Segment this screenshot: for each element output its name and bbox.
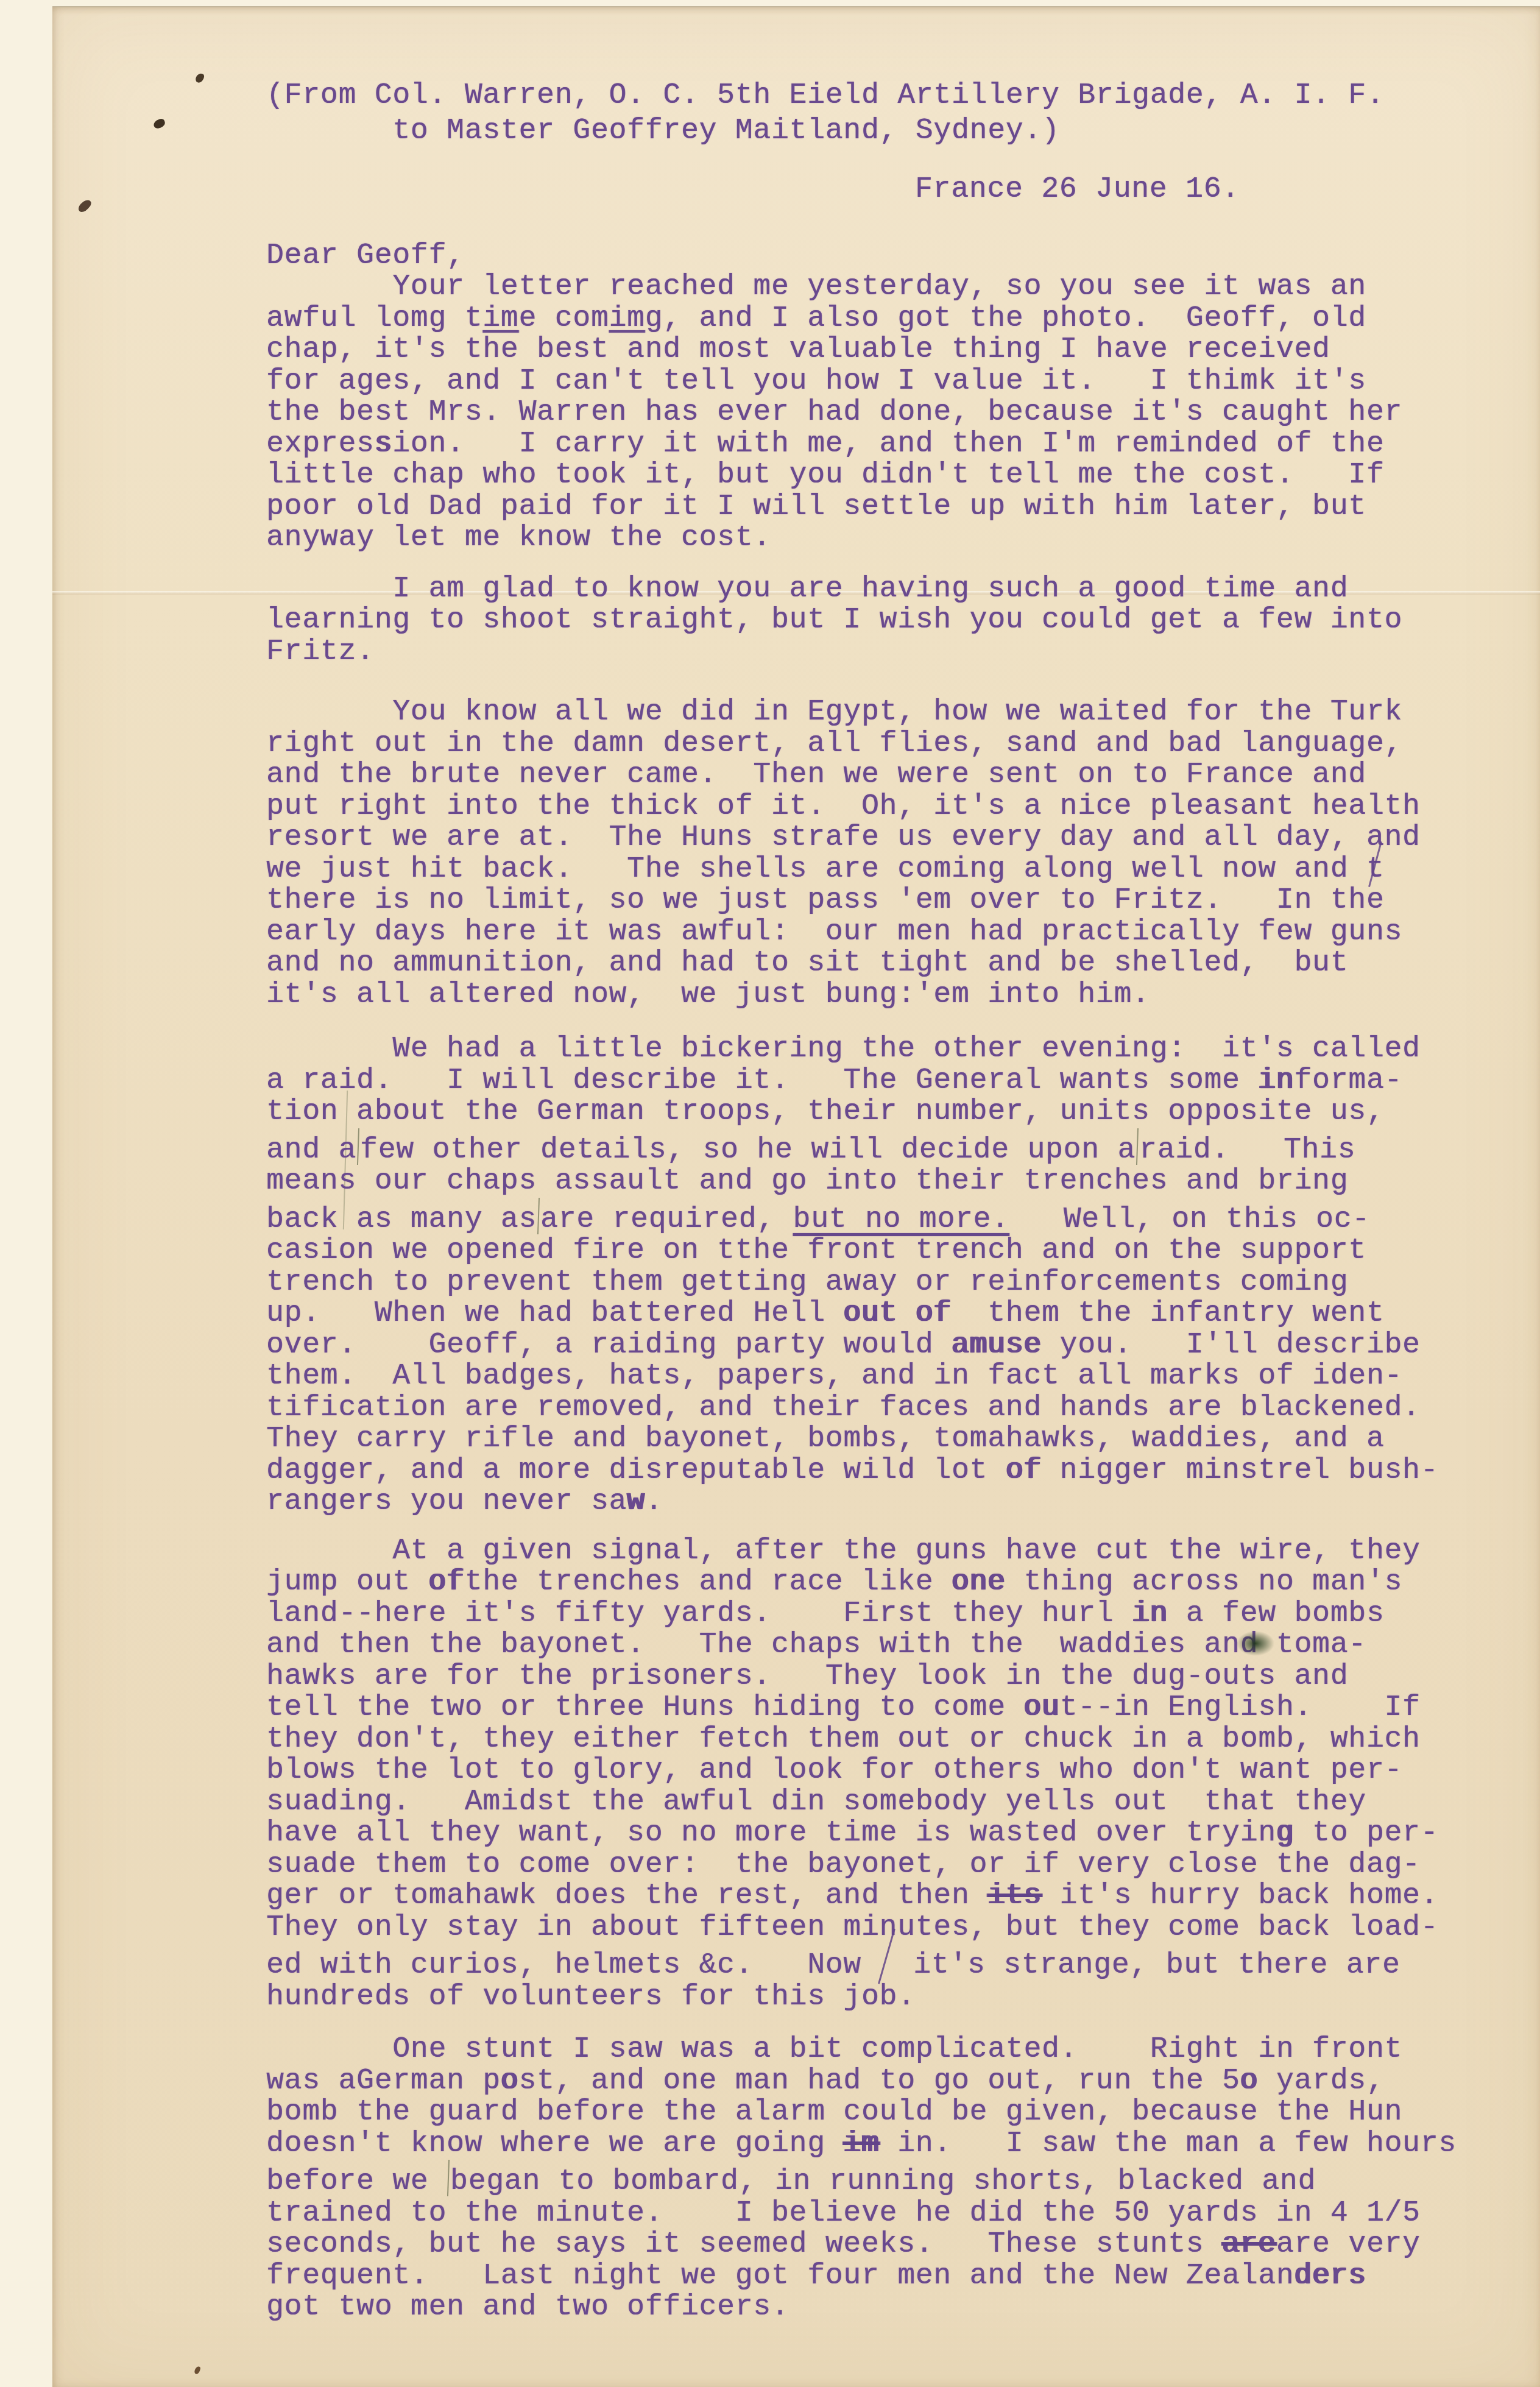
- letter-segment: over. Geoff, a raiding party would: [266, 1329, 952, 1362]
- letter-line: got two men and two officers.: [266, 2292, 1485, 2324]
- letter-segment-ot: one: [952, 1566, 1006, 1599]
- letter-segment: tell the two or three Huns hiding to com…: [266, 1691, 1023, 1724]
- letter-segment-st: im: [843, 2127, 879, 2160]
- letter-segment-ot: o: [501, 2065, 519, 2098]
- letter-segment: dagger, and a more disreputable wild lot: [266, 1454, 1006, 1487]
- letter-paragraph: Your letter reached me yesterday, so you…: [266, 272, 1485, 554]
- letter-segment: began to bombard, in running shorts, bla…: [450, 2165, 1316, 2198]
- letter-line: I am glad to know you are having such a …: [266, 574, 1485, 606]
- letter-segment: ion. I carry it with me, and then I'm re…: [392, 428, 1384, 461]
- letter-segment: suading. Amidst the awful din somebody y…: [266, 1786, 1366, 1819]
- letter-segment: g, and I also got the photo. Geoff, old: [645, 302, 1366, 335]
- letter-header-line-1: (From Col. Warren, O. C. 5th Eield Artil…: [266, 80, 1485, 112]
- letter-line: dagger, and a more disreputable wild lot…: [266, 1455, 1485, 1487]
- letter-segment-slash: [880, 1943, 895, 1973]
- letter-dateline: France 26 June 16.: [266, 174, 1485, 206]
- letter-segment: they don't, they either fetch them out o…: [266, 1723, 1421, 1756]
- letter-segment: have all they want, so no more time is w…: [266, 1817, 1276, 1850]
- letter-line: up. When we had battered Hell out of the…: [266, 1298, 1485, 1330]
- letter-line: back as many asare required, but no more…: [266, 1198, 1485, 1236]
- letter-segment: before we: [266, 2165, 447, 2198]
- letter-segment-ot: w: [627, 1485, 645, 1518]
- letter-segment-ot: g: [1276, 1817, 1295, 1850]
- letter-segment: for ages, and I can't tell you how I val…: [266, 365, 1366, 398]
- letter-segment: them the infantry went: [952, 1297, 1385, 1330]
- letter-segment: up. When we had battered Hell: [266, 1297, 843, 1330]
- letter-segment: it's hurry back home.: [1042, 1880, 1438, 1912]
- letter-line: suading. Amidst the awful din somebody y…: [266, 1787, 1485, 1819]
- letter-line: hundreds of volunteers for this job.: [266, 1982, 1485, 2014]
- letter-segment: few other details, so he will decide upo…: [360, 1134, 1136, 1167]
- letter-segment-ts: t: [1366, 854, 1385, 886]
- letter-segment: suade them to come over: the bayonet, or…: [266, 1848, 1421, 1881]
- letter-line: learning to shoot straight, but I wish y…: [266, 605, 1485, 637]
- letter-segment: chap, it's the best and most valuable th…: [266, 333, 1330, 366]
- letter-line: put right into the thick of it. Oh, it's…: [266, 791, 1485, 823]
- letter-segment: tion about the German troops, their numb…: [266, 1095, 1385, 1128]
- letter-body: Your letter reached me yesterday, so you…: [266, 272, 1485, 2324]
- letter-segment: e com: [518, 302, 609, 335]
- letter-segment: toma-: [1258, 1628, 1366, 1661]
- letter-line: little chap who took it, but you didn't …: [266, 460, 1485, 492]
- letter-line: land--here it's fifty yards. First they …: [266, 1599, 1485, 1630]
- letter-segment: and no ammunition, and had to sit tight …: [266, 947, 1348, 980]
- letter-line: and afew other details, so he will decid…: [266, 1128, 1485, 1167]
- letter-line: ed with curios, helmets &c. Now it's str…: [266, 1943, 1485, 1982]
- letter-segment-uo: im: [609, 302, 645, 335]
- letter-paragraph: I am glad to know you are having such a …: [266, 574, 1485, 668]
- letter-segment: right out in the damn desert, all flies,…: [266, 727, 1402, 760]
- letter-line: They only stay in about fifteen minutes,…: [266, 1912, 1485, 1944]
- letter-line: casion we opened fire on tthe front tren…: [266, 1236, 1485, 1267]
- letter-segment: hundreds of volunteers for this job.: [266, 1981, 916, 2014]
- letter-header-line-2: to Master Geoffrey Maitland, Sydney.): [266, 116, 1485, 147]
- letter-segment-caret: [1136, 1128, 1139, 1164]
- letter-segment: land--here it's fifty yards. First they …: [266, 1597, 1132, 1630]
- letter-line: means our chaps assault and go into thei…: [266, 1166, 1485, 1198]
- letter-segment: in. I saw the man a few hours: [880, 2127, 1457, 2160]
- letter-line: They carry rifle and bayonet, bombs, tom…: [266, 1424, 1485, 1455]
- letter-segment: and then the bayonet. The chaps with the…: [266, 1628, 1240, 1661]
- letter-segment: trench to prevent them getting away or r…: [266, 1266, 1348, 1299]
- letter-segment: ed with curios, helmets &c. Now: [266, 1949, 880, 1982]
- letter-segment-ot: out of: [843, 1297, 952, 1330]
- letter-line: they don't, they either fetch them out o…: [266, 1724, 1485, 1756]
- letter-line: seconds, but he says it seemed weeks. Th…: [266, 2229, 1485, 2261]
- letter-line: there is no limit, so we just pass 'em o…: [266, 885, 1485, 917]
- letter-segment-ot: in: [1132, 1597, 1168, 1630]
- letter-segment: and the brute never came. Then we were s…: [266, 759, 1366, 791]
- letter-text-block: (From Col. Warren, O. C. 5th Eield Artil…: [266, 80, 1485, 2324]
- letter-salutation: Dear Geoff,: [266, 241, 1485, 272]
- letter-line: expression. I carry it with me, and then…: [266, 429, 1485, 461]
- letter-line: for ages, and I can't tell you how I val…: [266, 366, 1485, 398]
- letter-segment: bomb the guard before the alarm could be…: [266, 2096, 1402, 2129]
- letter-line: resort we are at. The Huns strafe us eve…: [266, 822, 1485, 854]
- letter-segment-ot: of: [1006, 1454, 1042, 1487]
- letter-segment: They carry rifle and bayonet, bombs, tom…: [266, 1423, 1385, 1455]
- letter-segment: are very: [1276, 2228, 1421, 2261]
- letter-segment-ot: ders: [1294, 2260, 1366, 2293]
- letter-segment-ot: ou: [1023, 1691, 1059, 1724]
- letter-line: tification are removed, and their faces …: [266, 1393, 1485, 1424]
- letter-segment: them. All badges, hats, papers, and in f…: [266, 1360, 1402, 1393]
- letter-segment: the trenches and race like: [465, 1566, 952, 1599]
- letter-line: before we began to bombard, in running s…: [266, 2160, 1485, 2198]
- letter-segment-caret: [357, 1128, 359, 1164]
- letter-line: suade them to come over: the bayonet, or…: [266, 1850, 1485, 1881]
- letter-segment: and a: [266, 1134, 356, 1167]
- letter-line: tion about the German troops, their numb…: [266, 1097, 1485, 1128]
- letter-segment: forma-: [1294, 1064, 1402, 1097]
- letter-line: blows the lot to glory, and look for oth…: [266, 1755, 1485, 1787]
- letter-segment-ot: s: [375, 428, 393, 461]
- letter-segment: Fritz.: [266, 635, 375, 668]
- letter-segment: casion we opened fire on tthe front tren…: [266, 1234, 1366, 1267]
- letter-line: hawks are for the prisoners. They look i…: [266, 1661, 1485, 1693]
- letter-segment: seconds, but he says it seemed weeks. Th…: [266, 2228, 1222, 2261]
- letter-line: we just hit back. The shells are coming …: [266, 854, 1485, 886]
- letter-paragraph: You know all we did in Egypt, how we wai…: [266, 697, 1485, 1011]
- letter-line: over. Geoff, a raiding party would amuse…: [266, 1330, 1485, 1362]
- letter-line: frequent. Last night we got four men and…: [266, 2261, 1485, 2293]
- letter-segment-ot: o: [1240, 2065, 1259, 2098]
- letter-line: rangers you never saw.: [266, 1487, 1485, 1518]
- letter-paragraph: One stunt I saw was a bit complicated. R…: [266, 2034, 1485, 2324]
- letter-segment-blot: d: [1240, 1628, 1259, 1661]
- letter-segment: back as many as: [266, 1203, 537, 1236]
- letter-segment: trained to the minute. I believe he did …: [266, 2197, 1421, 2230]
- letter-line: the best Mrs. Warren has ever had done, …: [266, 397, 1485, 429]
- letter-segment: We had a little bickering the other even…: [266, 1033, 1421, 1066]
- letter-line: ger or tomahawk does the rest, and then …: [266, 1881, 1485, 1912]
- letter-segment: learning to shoot straight, but I wish y…: [266, 604, 1402, 637]
- letter-segment: t--in English. If: [1060, 1691, 1421, 1724]
- letter-segment: it's strange, but there are: [895, 1949, 1400, 1982]
- letter-segment: Well, on this oc-: [1009, 1203, 1370, 1236]
- letter-segment: means our chaps assault and go into thei…: [266, 1165, 1348, 1198]
- letter-segment: frequent. Last night we got four men and…: [266, 2260, 1294, 2293]
- letter-segment: nigger minstrel bush-: [1042, 1454, 1438, 1487]
- letter-segment: raid. This: [1139, 1134, 1355, 1167]
- letter-segment: you. I'll describe: [1042, 1329, 1421, 1362]
- letter-segment: a few bombs: [1168, 1597, 1384, 1630]
- letter-segment: a raid. I will describe it. The General …: [266, 1064, 1258, 1097]
- letter-line: it's all altered now, we just bung:'em i…: [266, 980, 1485, 1011]
- letter-segment: the best Mrs. Warren has ever had done, …: [266, 396, 1402, 429]
- letter-line: jump out ofthe trenches and race like on…: [266, 1567, 1485, 1599]
- letter-segment-caret: [537, 1197, 540, 1234]
- letter-segment: early days here it was awful: our men ha…: [266, 916, 1402, 949]
- letter-line: doesn't know where we are going im in. I…: [266, 2129, 1485, 2160]
- letter-line: One stunt I saw was a bit complicated. R…: [266, 2034, 1485, 2066]
- letter-segment: got two men and two officers.: [266, 2291, 789, 2324]
- letter-segment-u: but no more.: [793, 1203, 1009, 1236]
- letter-segment: yards,: [1258, 2065, 1384, 2098]
- letter-segment: st, and one man had to go out, run the 5: [518, 2065, 1240, 2098]
- letter-segment-ot: in: [1258, 1064, 1294, 1097]
- letter-segment: we just hit back. The shells are coming …: [266, 853, 1366, 886]
- letter-segment: doesn't know where we are going: [266, 2127, 843, 2160]
- letter-line: early days here it was awful: our men ha…: [266, 917, 1485, 949]
- letter-segment: was aGerman p: [266, 2065, 501, 2098]
- letter-segment-ot: of: [428, 1566, 464, 1599]
- letter-segment: .: [645, 1485, 663, 1518]
- letter-segment: are required,: [540, 1203, 793, 1236]
- letter-line: and then the bayonet. The chaps with the…: [266, 1630, 1485, 1661]
- letter-segment-st: its: [987, 1880, 1042, 1912]
- letter-paragraph: We had a little bickering the other even…: [266, 1034, 1485, 1518]
- letter-segment: rangers you never sa: [266, 1485, 627, 1518]
- letter-segment-caret: [447, 2160, 450, 2196]
- letter-line: have all they want, so no more time is w…: [266, 1818, 1485, 1850]
- letter-line: and no ammunition, and had to sit tight …: [266, 948, 1485, 980]
- letter-line: chap, it's the best and most valuable th…: [266, 334, 1485, 366]
- letter-segment: Your letter reached me yesterday, so you…: [266, 271, 1366, 303]
- letter-segment: They only stay in about fifteen minutes,…: [266, 1911, 1438, 1944]
- letter-segment: You know all we did in Egypt, how we wai…: [266, 696, 1402, 729]
- letter-segment: thing across no man's: [1006, 1566, 1402, 1599]
- letter-segment-st: are: [1222, 2228, 1276, 2261]
- letter-paragraph: At a given signal, after the guns have c…: [266, 1536, 1485, 2014]
- letter-segment: to per-: [1294, 1817, 1438, 1850]
- letter-segment: One stunt I saw was a bit complicated. R…: [266, 2033, 1402, 2066]
- letter-segment: poor old Dad paid for it I will settle u…: [266, 490, 1366, 523]
- letter-line: and the brute never came. Then we were s…: [266, 760, 1485, 791]
- letter-segment: blows the lot to glory, and look for oth…: [266, 1754, 1402, 1787]
- letter-line: them. All badges, hats, papers, and in f…: [266, 1361, 1485, 1393]
- letter-line: poor old Dad paid for it I will settle u…: [266, 492, 1485, 523]
- letter-segment: expres: [266, 428, 375, 461]
- letter-segment: it's all altered now, we just bung:'em i…: [266, 978, 1150, 1011]
- letter-segment: jump out: [266, 1566, 428, 1599]
- letter-segment: put right into the thick of it. Oh, it's…: [266, 790, 1421, 823]
- letter-segment: At a given signal, after the guns have c…: [266, 1535, 1421, 1568]
- letter-segment: anyway let me know the cost.: [266, 522, 771, 554]
- letter-line: awful lomg time comimg, and I also got t…: [266, 303, 1485, 335]
- letter-line: You know all we did in Egypt, how we wai…: [266, 697, 1485, 729]
- letter-line: tell the two or three Huns hiding to com…: [266, 1692, 1485, 1724]
- letter-line: a raid. I will describe it. The General …: [266, 1066, 1485, 1097]
- letter-line: We had a little bickering the other even…: [266, 1034, 1485, 1066]
- letter-line: Fritz.: [266, 637, 1485, 668]
- letter-line: At a given signal, after the guns have c…: [266, 1536, 1485, 1568]
- letter-line: was aGerman post, and one man had to go …: [266, 2066, 1485, 2098]
- letter-segment-uo: im: [482, 302, 518, 335]
- letter-segment: there is no limit, so we just pass 'em o…: [266, 884, 1385, 917]
- letter-line: anyway let me know the cost.: [266, 523, 1485, 554]
- letter-segment: hawks are for the prisoners. They look i…: [266, 1660, 1348, 1693]
- letter-segment-ot: amuse: [952, 1329, 1042, 1362]
- letter-line: right out in the damn desert, all flies,…: [266, 729, 1485, 760]
- letter-segment: awful lomg t: [266, 302, 482, 335]
- letter-segment: ger or tomahawk does the rest, and then: [266, 1880, 987, 1912]
- letter-line: bomb the guard before the alarm could be…: [266, 2097, 1485, 2129]
- letter-segment: little chap who took it, but you didn't …: [266, 459, 1385, 492]
- letter-segment: tification are removed, and their faces …: [266, 1392, 1421, 1424]
- letter-segment: I am glad to know you are having such a …: [266, 573, 1348, 606]
- letter-line: Your letter reached me yesterday, so you…: [266, 272, 1485, 303]
- letter-line: trained to the minute. I believe he did …: [266, 2198, 1485, 2230]
- letter-line: trench to prevent them getting away or r…: [266, 1267, 1485, 1299]
- letter-segment: resort we are at. The Huns strafe us eve…: [266, 821, 1421, 854]
